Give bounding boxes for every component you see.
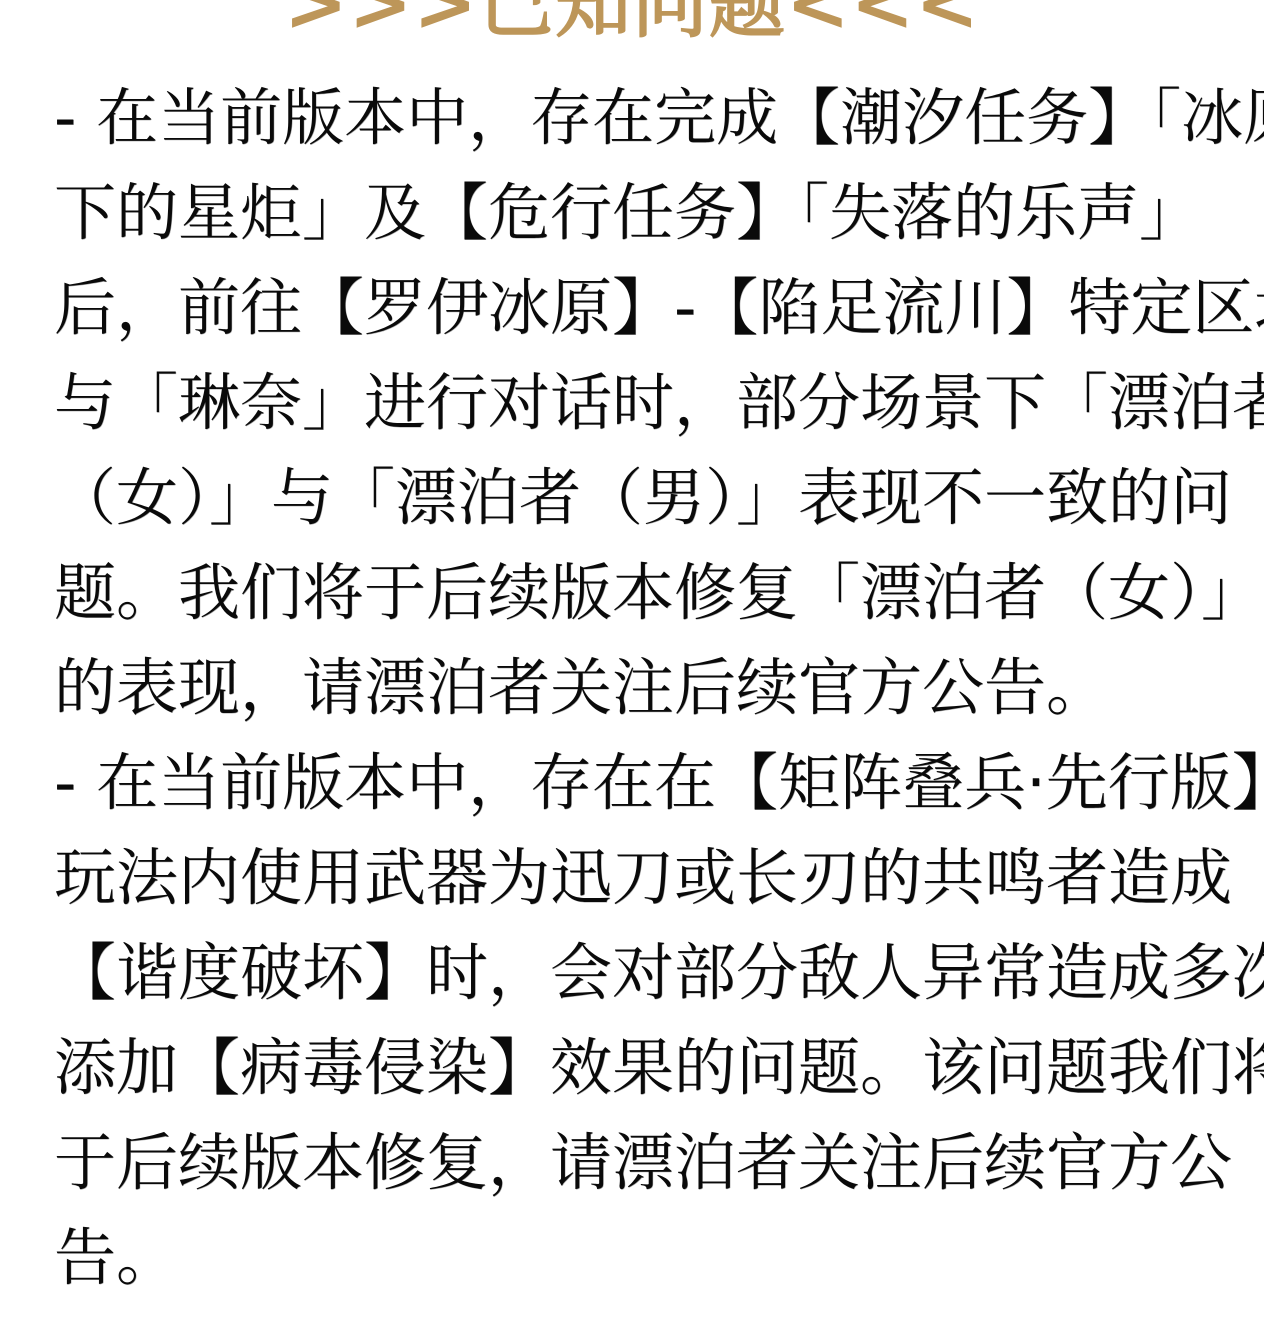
- text-line: 与「琳奈」进行对话时，部分场景下「漂泊者: [54, 355, 1210, 450]
- text-line: 下的星炬」及【危行任务】「失落的乐声」: [54, 165, 1210, 260]
- text-line: 玩法内使用武器为迅刀或长刃的共鸣者造成: [54, 830, 1210, 925]
- text-line: 后，前往【罗伊冰原】-【陷足流川】特定区域: [54, 260, 1210, 355]
- text-line: - 在当前版本中，存在完成【潮汐任务】「冰原: [54, 70, 1210, 165]
- text-line: - 在当前版本中，存在在【矩阵叠兵·先行版】: [54, 735, 1210, 830]
- text-line: 添加【病毒侵染】效果的问题。该问题我们将: [54, 1020, 1210, 1115]
- known-issues-page: >>>已知问题<<< - 在当前版本中，存在完成【潮汐任务】「冰原下的星炬」及【…: [0, 0, 1264, 1340]
- text-line: 于后续版本修复，请漂泊者关注后续官方公: [54, 1115, 1210, 1210]
- section-title: >>>已知问题<<<: [284, 0, 980, 42]
- text-line: （女）」与「漂泊者（男）」表现不一致的问: [54, 450, 1210, 545]
- text-line: 的表现，请漂泊者关注后续官方公告。: [54, 640, 1210, 735]
- text-line: 告。: [54, 1210, 1210, 1305]
- text-line: 【谐度破坏】时，会对部分敌人异常造成多次: [54, 925, 1210, 1020]
- text-line: 题。我们将于后续版本修复「漂泊者（女）」: [54, 545, 1210, 640]
- announcement-body: - 在当前版本中，存在完成【潮汐任务】「冰原下的星炬」及【危行任务】「失落的乐声…: [0, 44, 1264, 1305]
- section-title-wrap: >>>已知问题<<<: [0, 0, 1264, 44]
